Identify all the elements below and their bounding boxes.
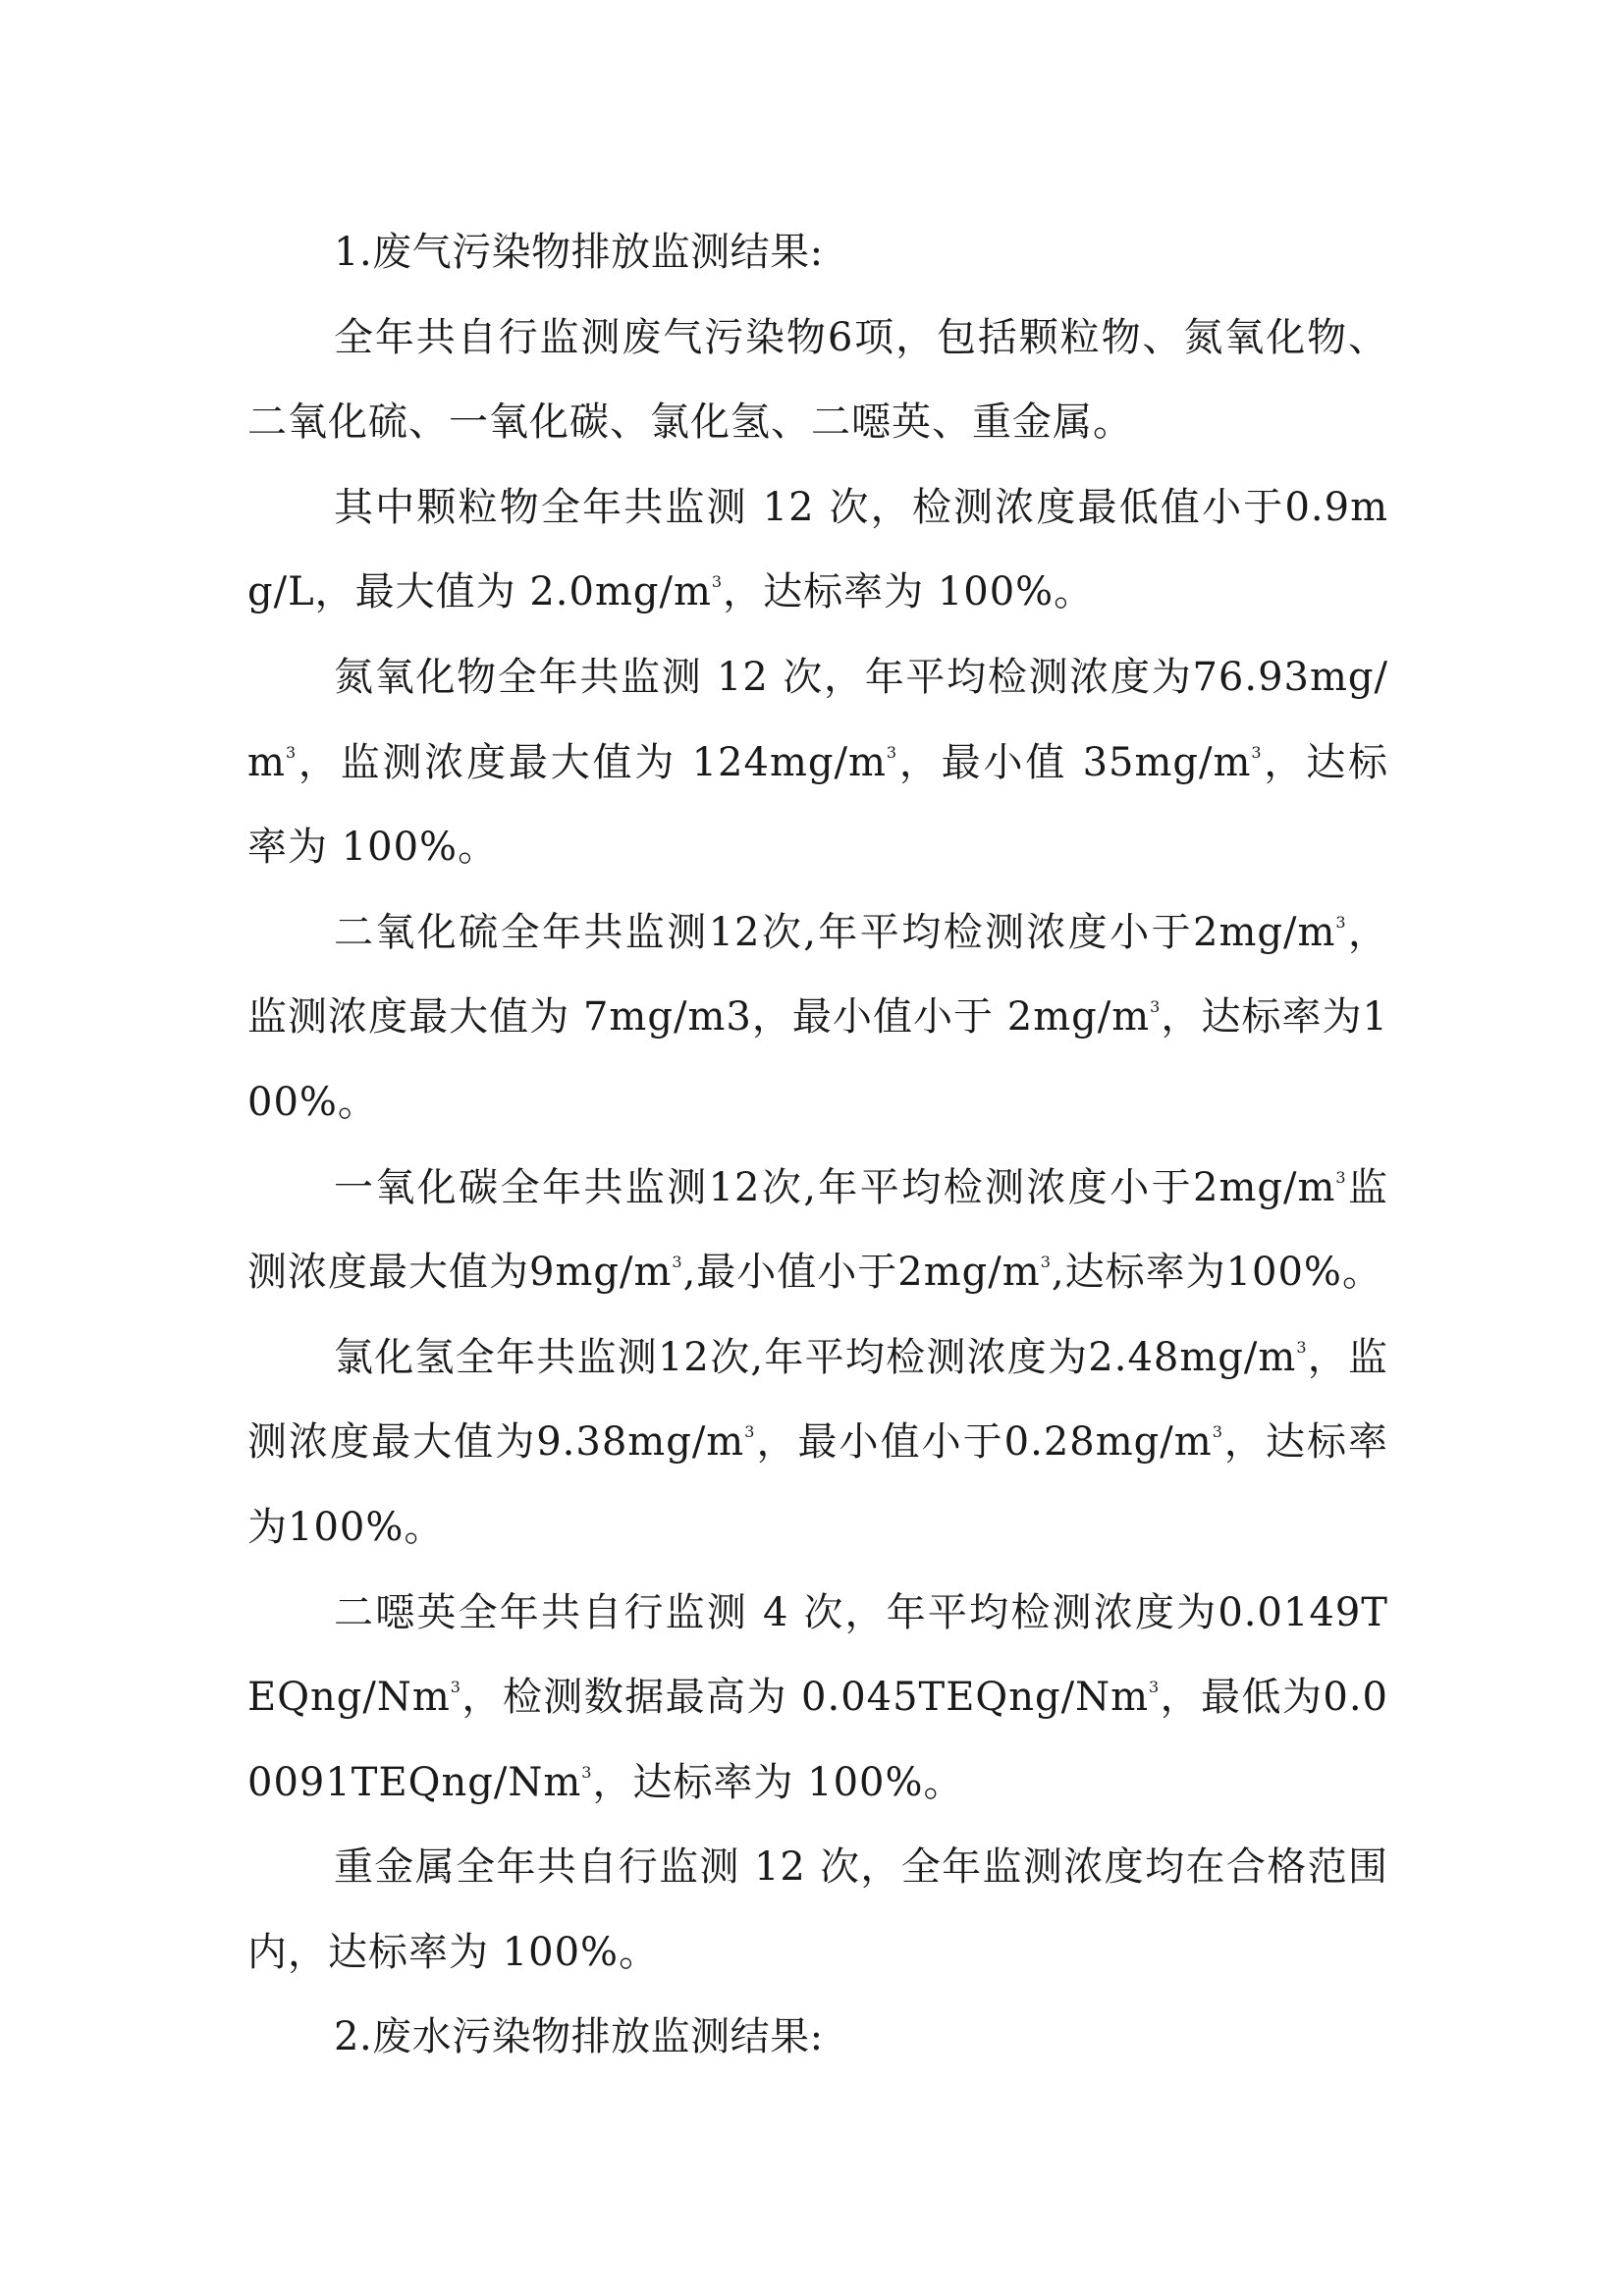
superscript: 3 xyxy=(1149,1678,1160,1696)
superscript: 3 xyxy=(1335,1168,1346,1187)
superscript: 3 xyxy=(887,743,897,762)
paragraph-overview: 全年共自行监测废气污染物6项，包括颗粒物、氮氧化物、二氧化硫、一氧化碳、氯化氢、… xyxy=(247,295,1388,465)
text-run: ，达标率为 100%。 xyxy=(592,1760,963,1805)
superscript: 3 xyxy=(1041,1253,1052,1271)
superscript: 3 xyxy=(581,1763,592,1782)
text-run: ，最小值 35mg/m xyxy=(897,740,1251,785)
superscript: 3 xyxy=(1150,997,1161,1016)
text-run: ，达标率为 100%。 xyxy=(723,569,1094,614)
superscript: 3 xyxy=(286,743,297,762)
paragraph-carbon-monoxide: 一氧化碳全年共监测12次,年平均检测浓度小于2mg/m3监测浓度最大值为9mg/… xyxy=(247,1146,1388,1315)
text-run: 氯化氢全年共监测12次,年平均检测浓度为2.48mg/m xyxy=(334,1335,1296,1380)
superscript: 3 xyxy=(1213,1422,1223,1441)
text-run: ,最小值小于2mg/m xyxy=(683,1250,1041,1295)
superscript: 3 xyxy=(451,1678,461,1696)
section-heading-wastewater: 2.废水污染物排放监测结果: xyxy=(247,1995,1388,2080)
paragraph-particulate: 其中颗粒物全年共监测 12 次，检测浓度最低值小于0.9mg/L，最大值为 2.… xyxy=(247,465,1388,635)
section-heading-exhaust-gas: 1.废气污染物排放监测结果: xyxy=(247,210,1388,295)
paragraph-dioxin: 二噁英全年共自行监测 4 次，年平均检测浓度为0.0149TEQng/Nm3，检… xyxy=(247,1571,1388,1826)
superscript: 3 xyxy=(712,572,723,591)
text-run: ，监测浓度最大值为 124mg/m xyxy=(297,740,887,785)
paragraph-heavy-metals: 重金属全年共自行监测 12 次，全年监测浓度均在合格范围内，达标率为 100%。 xyxy=(247,1825,1388,1995)
superscript: 3 xyxy=(1251,743,1262,762)
paragraph-sulfur-dioxide: 二氧化硫全年共监测12次,年平均检测浓度小于2mg/m3，监测浓度最大值为 7m… xyxy=(247,890,1388,1146)
superscript: 3 xyxy=(672,1253,682,1271)
superscript: 3 xyxy=(744,1422,755,1441)
superscript: 3 xyxy=(1296,1338,1307,1357)
text-run: ，检测数据最高为 0.045TEQng/Nm xyxy=(461,1675,1149,1720)
text-run: ,达标率为100%。 xyxy=(1052,1250,1382,1295)
text-run: ，最小值小于0.28mg/m xyxy=(755,1419,1212,1465)
text-run: 二氧化硫全年共监测12次,年平均检测浓度小于2mg/m xyxy=(334,910,1335,955)
paragraph-hydrogen-chloride: 氯化氢全年共监测12次,年平均检测浓度为2.48mg/m3，监测浓度最大值为9.… xyxy=(247,1315,1388,1571)
paragraph-nitrogen-oxides: 氮氧化物全年共监测 12 次，年平均检测浓度为76.93mg/m3，监测浓度最大… xyxy=(247,635,1388,890)
text-run: 一氧化碳全年共监测12次,年平均检测浓度小于2mg/m xyxy=(334,1165,1335,1210)
document-page: 1.废气污染物排放监测结果: 全年共自行监测废气污染物6项，包括颗粒物、氮氧化物… xyxy=(247,210,1388,2080)
superscript: 3 xyxy=(1335,913,1346,932)
